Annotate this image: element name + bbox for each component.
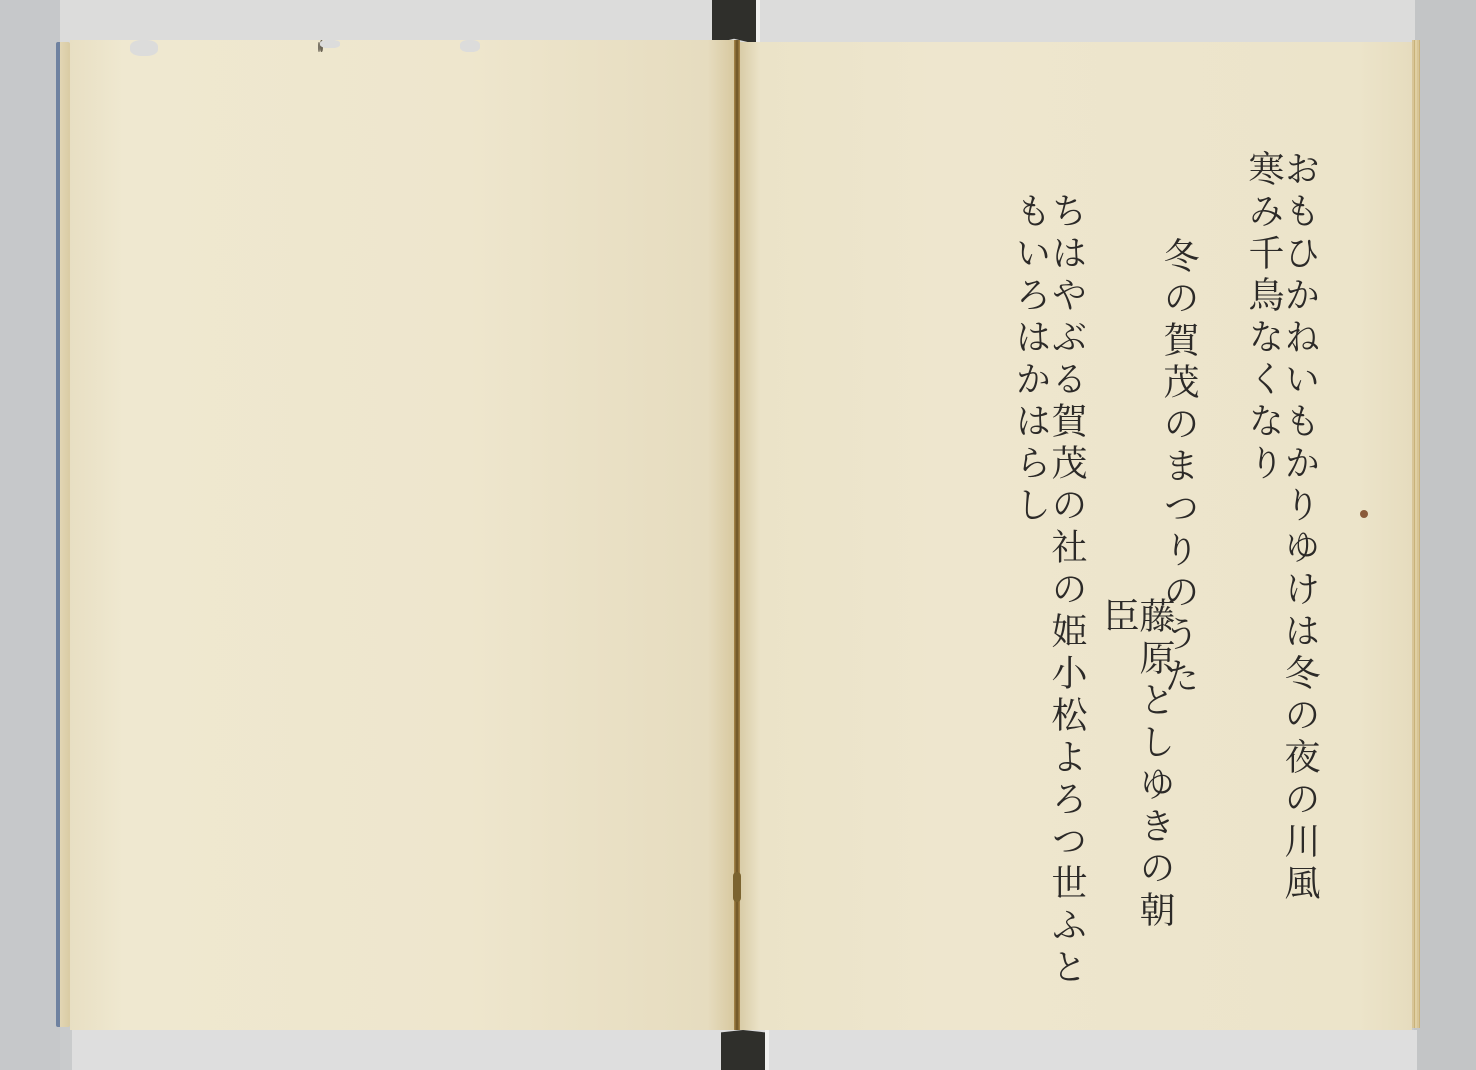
paper-mark xyxy=(318,42,320,52)
book-cover-spine xyxy=(56,42,70,1027)
scan-background-right xyxy=(1414,0,1476,1070)
left-page-blank xyxy=(70,40,734,1030)
book-fore-edge xyxy=(1412,40,1420,1028)
right-page-calligraphy: おもひかねいもかりゆけは冬の夜の川風寒み千鳥なくなり 千鳥なくなり 冬の賀茂のま… xyxy=(740,42,1412,1030)
paper-tear xyxy=(130,40,158,56)
calligraphy-column-poem: ちはやぶる賀茂の社の姫小松よろつ世ふともいろはかはらし xyxy=(1012,192,1084,1012)
binding-thread-knot xyxy=(733,872,741,902)
scan-background-left xyxy=(0,0,60,1070)
ribbon-edge xyxy=(765,1030,769,1070)
ribbon-edge xyxy=(756,0,760,44)
paper-tear xyxy=(460,40,480,52)
calligraphy-column-author: 藤原としゆきの朝臣 xyxy=(1100,597,1172,937)
bookmark-ribbon-top xyxy=(712,0,756,44)
calligraphy-column-1: おもひかねいもかりゆけは冬の夜の川風寒み千鳥なくなり xyxy=(1245,150,1317,910)
paper-stain xyxy=(1360,510,1368,518)
paper-tear xyxy=(320,40,340,48)
bookmark-ribbon-bottom xyxy=(721,1030,765,1070)
